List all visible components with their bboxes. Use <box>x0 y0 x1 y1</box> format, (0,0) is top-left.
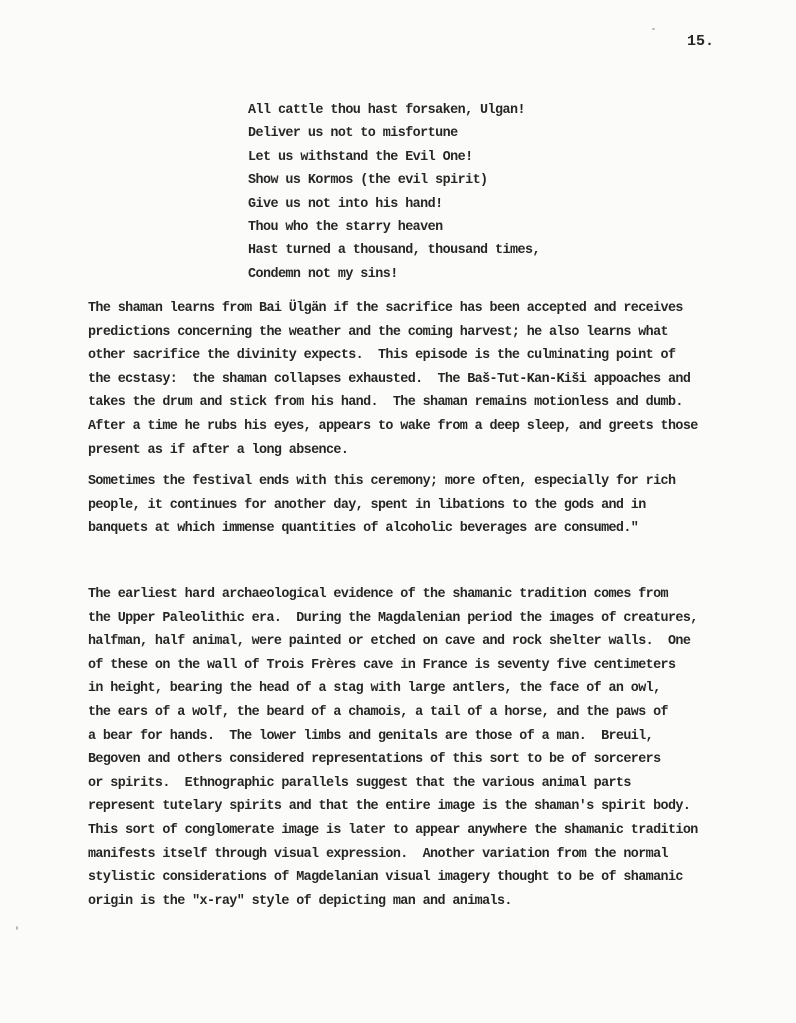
text-line: This sort of conglomerate image is later… <box>88 819 698 843</box>
text-line: manifests itself through visual expressi… <box>88 843 698 867</box>
paragraph-paleolithic-evidence: The earliest hard archaeological evidenc… <box>88 583 698 913</box>
page-number: 15. <box>687 33 714 50</box>
verse-line: Let us withstand the Evil One! <box>248 146 540 169</box>
text-line: of these on the wall of Trois Frères cav… <box>88 654 698 678</box>
text-line: represent tutelary spirits and that the … <box>88 795 698 819</box>
text-line: a bear for hands. The lower limbs and ge… <box>88 725 698 749</box>
text-line: takes the drum and stick from his hand. … <box>88 391 698 415</box>
paragraph-shaman-ecstasy: The shaman learns from Bai Ülgän if the … <box>88 297 698 462</box>
text-line: The shaman learns from Bai Ülgän if the … <box>88 297 698 321</box>
verse-line: Show us Kormos (the evil spirit) <box>248 169 540 192</box>
verse-line: Condemn not my sins! <box>248 263 540 286</box>
text-line: the ecstasy: the shaman collapses exhaus… <box>88 368 698 392</box>
paper-speck <box>652 28 655 30</box>
text-line: stylistic considerations of Magdelanian … <box>88 866 698 890</box>
text-line: the ears of a wolf, the beard of a chamo… <box>88 701 698 725</box>
text-line: Sometimes the festival ends with this ce… <box>88 470 675 494</box>
text-line: Begoven and others considered representa… <box>88 748 698 772</box>
text-line: other sacrifice the divinity expects. Th… <box>88 344 698 368</box>
text-line: halfman, half animal, were painted or et… <box>88 630 698 654</box>
text-line: banquets at which immense quantities of … <box>88 517 675 541</box>
paragraph-festival-end: Sometimes the festival ends with this ce… <box>88 470 675 541</box>
text-line: After a time he rubs his eyes, appears t… <box>88 415 698 439</box>
verse-line: All cattle thou hast forsaken, Ulgan! <box>248 99 540 122</box>
text-line: predictions concerning the weather and t… <box>88 321 698 345</box>
text-line: the Upper Paleolithic era. During the Ma… <box>88 607 698 631</box>
verse-line: Thou who the starry heaven <box>248 216 540 239</box>
verse-line: Hast turned a thousand, thousand times, <box>248 239 540 262</box>
quoted-prayer-verse: All cattle thou hast forsaken, Ulgan! De… <box>248 99 540 286</box>
text-line: origin is the "x-ray" style of depicting… <box>88 890 698 914</box>
text-line: The earliest hard archaeological evidenc… <box>88 583 698 607</box>
text-line: in height, bearing the head of a stag wi… <box>88 677 698 701</box>
verse-line: Deliver us not to misfortune <box>248 122 540 145</box>
text-line: people, it continues for another day, sp… <box>88 494 675 518</box>
verse-line: Give us not into his hand! <box>248 193 540 216</box>
text-line: or spirits. Ethnographic parallels sugge… <box>88 772 698 796</box>
text-line: present as if after a long absence. <box>88 439 698 463</box>
paper-speck <box>16 926 18 930</box>
